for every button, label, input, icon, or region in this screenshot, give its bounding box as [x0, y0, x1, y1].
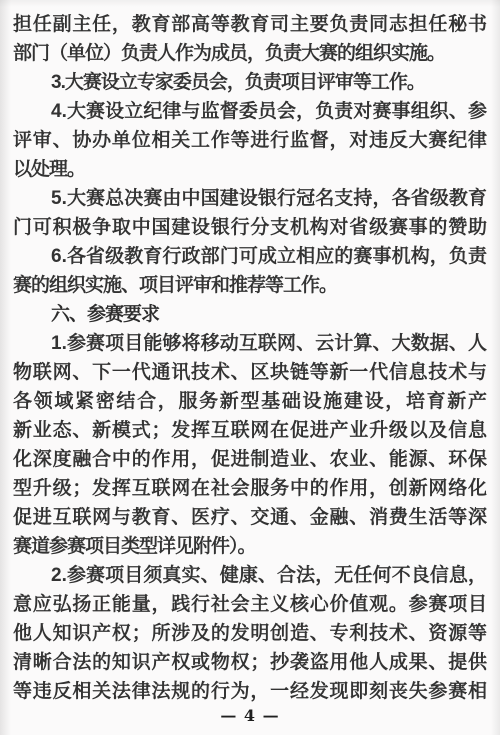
text-line: 2.参赛项目须真实、健康、合法，无任何不良信息，项目立: [13, 561, 487, 590]
paragraph: 2.参赛项目须真实、健康、合法，无任何不良信息，项目立 意应弘扬正能量，践行社会…: [13, 561, 487, 706]
text-line: 部门（单位）负责人作为成员，负责大赛的组织实施。: [13, 39, 487, 68]
paragraph: 4.大赛设立纪律与监督委员会，负责对赛事组织、参赛项目 评审、协办单位相关工作等…: [13, 97, 487, 184]
paragraph: 3.大赛设立专家委员会，负责项目评审等工作。: [13, 68, 487, 97]
text-line: 6.各省级教育行政部门可成立相应的赛事机构，负责本地比: [13, 242, 487, 271]
paragraph: 担任副主任，教育部高等教育司主要负责同志担任秘书长，有关 部门（单位）负责人作为…: [13, 10, 487, 68]
text-line: 4.大赛设立纪律与监督委员会，负责对赛事组织、参赛项目: [13, 97, 487, 126]
text-line: 型升级；发挥互联网在社会服务中的作用，创新网络化服务模式，: [13, 474, 487, 503]
text-line: 物联网、下一代通讯技术、区块链等新一代信息技术与经济社会: [13, 358, 487, 387]
text-line: 5.大赛总决赛由中国建设银行冠名支持，各省级教育行政部: [13, 184, 487, 213]
page-number: — 4 —: [0, 704, 500, 728]
document-page: 担任副主任，教育部高等教育司主要负责同志担任秘书长，有关 部门（单位）负责人作为…: [0, 0, 500, 735]
text-line: 化深度融合中的作用，促进制造业、农业、能源、环保等产业转: [13, 445, 487, 474]
text-line: 赛的组织实施、项目评审和推荐等工作。: [13, 271, 487, 300]
text-line: 新业态、新模式；发挥互联网在促进产业升级以及信息化和工业: [13, 416, 487, 445]
paragraph: 六、参赛要求: [13, 300, 487, 329]
text-line: 促进互联网与教育、医疗、交通、金融、消费生活等深度融合（各: [13, 503, 487, 532]
section-heading: 六、参赛要求: [13, 300, 487, 329]
text-line: 1.参赛项目能够将移动互联网、云计算、大数据、人工智能、: [13, 329, 487, 358]
text-line: 3.大赛设立专家委员会，负责项目评审等工作。: [13, 68, 487, 97]
text-line: 等违反相关法律法规的行为，一经发现即刻丧失参赛相关权利并: [13, 677, 487, 706]
text-line: 以处理。: [13, 155, 487, 184]
paragraph: 6.各省级教育行政部门可成立相应的赛事机构，负责本地比 赛的组织实施、项目评审和…: [13, 242, 487, 300]
text-line: 各领域紧密结合，服务新型基础设施建设，培育新产品、新服务、: [13, 387, 487, 416]
text-line: 门可积极争取中国建设银行分支机构对省级赛事的赞助支持。: [13, 213, 487, 242]
text-line: 担任副主任，教育部高等教育司主要负责同志担任秘书长，有关: [13, 10, 487, 39]
document-body: 担任副主任，教育部高等教育司主要负责同志担任秘书长，有关 部门（单位）负责人作为…: [13, 10, 487, 706]
paragraph: 5.大赛总决赛由中国建设银行冠名支持，各省级教育行政部 门可积极争取中国建设银行…: [13, 184, 487, 242]
text-line: 赛道参赛项目类型详见附件）。: [13, 532, 487, 561]
text-line: 清晰合法的知识产权或物权；抄袭盗用他人成果、提供虚假材料: [13, 648, 487, 677]
text-line: 意应弘扬正能量，践行社会主义核心价值观。参赛项目不得侵犯: [13, 590, 487, 619]
text-line: 他人知识产权；所涉及的发明创造、专利技术、资源等必须拥有: [13, 619, 487, 648]
text-line: 评审、协办单位相关工作等进行监督，对违反大赛纪律的行为予: [13, 126, 487, 155]
paragraph: 1.参赛项目能够将移动互联网、云计算、大数据、人工智能、 物联网、下一代通讯技术…: [13, 329, 487, 561]
